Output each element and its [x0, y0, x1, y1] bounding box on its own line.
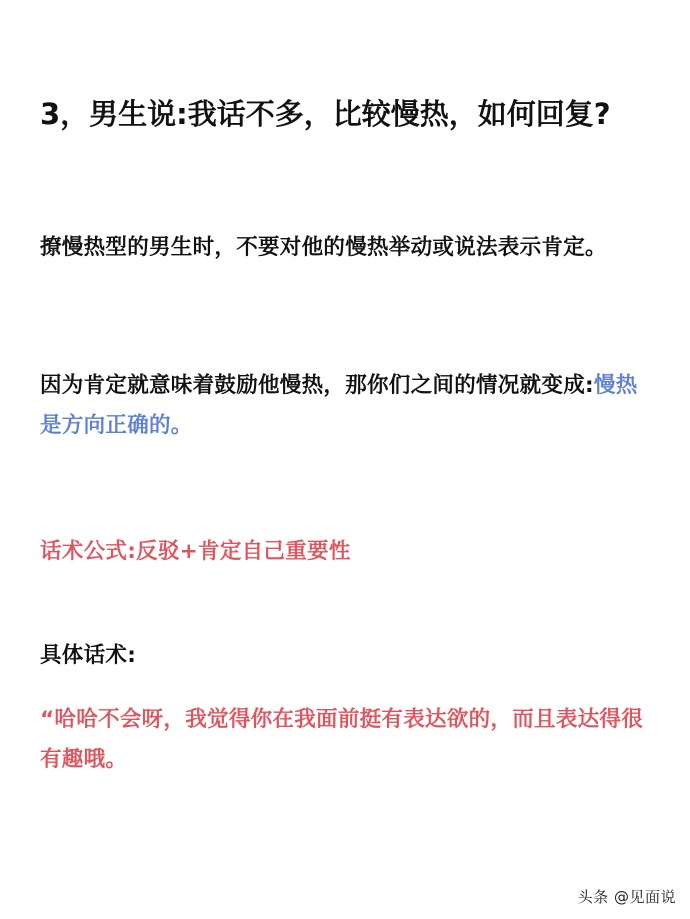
article-title: 3，男生说:我话不多，比较慢热，如何回复?	[40, 94, 670, 134]
paragraph-reason-text: 因为肯定就意味着鼓励他慢热，那你们之间的情况就变成:	[40, 373, 594, 398]
script-label: 具体话术:	[40, 636, 652, 676]
script-quote: “哈哈不会呀，我觉得你在我面前挺有表达欲的，而且表达得很有趣哦。	[40, 700, 652, 780]
paragraph-reason: 因为肯定就意味着鼓励他慢热，那你们之间的情况就变成:慢热是方向正确的。	[40, 366, 652, 446]
watermark: 头条 @见面说	[578, 886, 676, 907]
formula-heading: 话术公式:反驳+肯定自己重要性	[40, 532, 652, 572]
paragraph-advice: 撩慢热型的男生时，不要对他的慢热举动或说法表示肯定。	[40, 228, 652, 268]
